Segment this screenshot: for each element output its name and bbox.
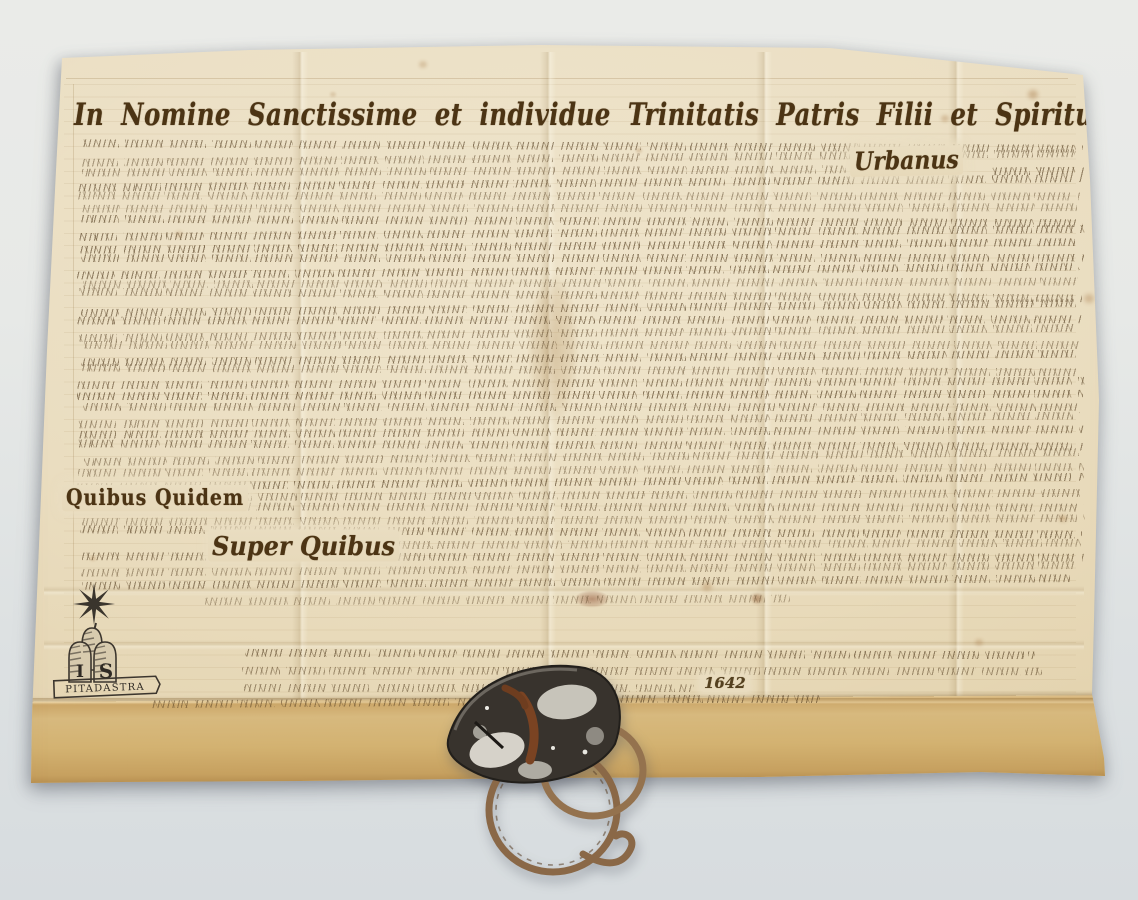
margin-rule xyxy=(73,84,74,644)
script-line xyxy=(84,341,1085,349)
margin-cross-icon xyxy=(28,324,50,388)
word-pope-name: Urbanus xyxy=(850,145,963,177)
notary-banner-text: PITADASTRA xyxy=(65,682,145,696)
invocation-header: In Nomine Sanctissime et individue Trini… xyxy=(74,95,1138,133)
notary-star-icon xyxy=(73,583,115,635)
seal-body xyxy=(448,666,620,783)
script-line xyxy=(77,191,1081,200)
script-line xyxy=(77,316,1083,325)
notarial-mark: I S PITADASTRA xyxy=(36,582,206,707)
photo-scene: In Nomine Sanctissime et individue Trini… xyxy=(0,0,1138,900)
date-year: 1642 xyxy=(700,674,750,692)
foxing-spots xyxy=(0,0,6,5)
word-super-quibus: Super Quibus xyxy=(208,530,399,562)
word-quibus-quidem: Quibus Quidem xyxy=(62,485,248,511)
top-frame-rule xyxy=(66,78,1068,79)
script-line xyxy=(81,254,1084,262)
script-line xyxy=(83,403,1082,411)
pendant-seal xyxy=(435,652,695,892)
